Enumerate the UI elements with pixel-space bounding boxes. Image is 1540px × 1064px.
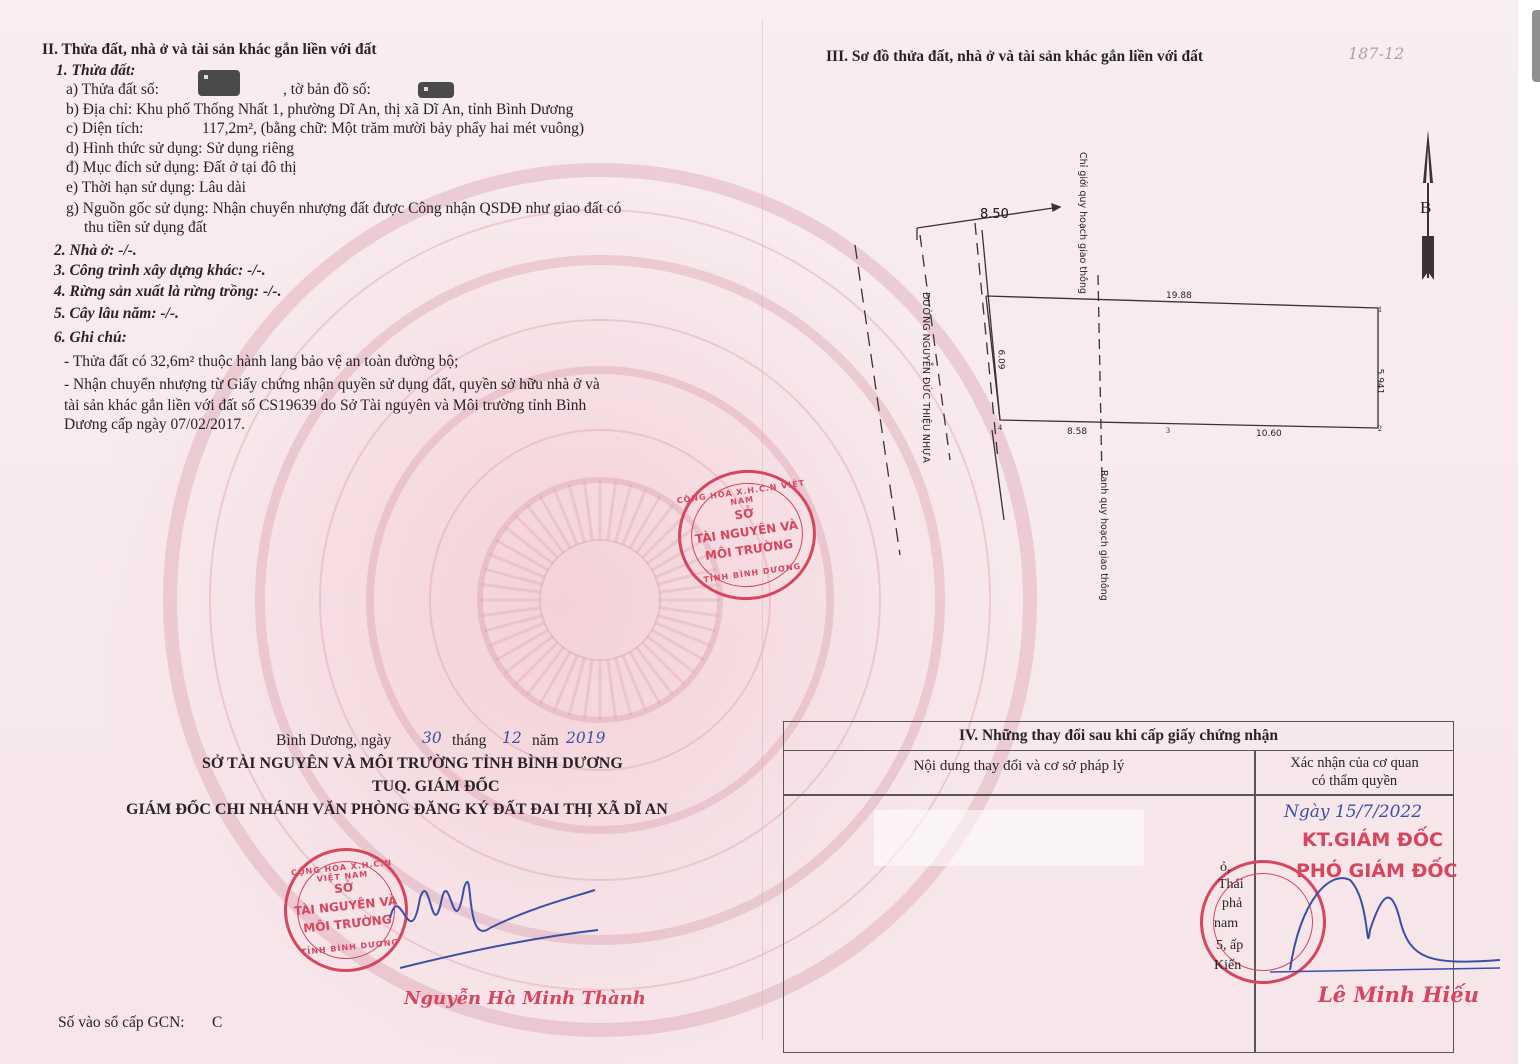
vertex-label: 1 (1378, 300, 1382, 319)
usage-term: e) Thời hạn sử dụng: Lâu dài (66, 178, 246, 197)
note-line: Dương cấp ngày 07/02/2017. (64, 415, 245, 434)
signer-position: GIÁM ĐỐC CHI NHÁNH VĂN PHÒNG ĐĂNG KÝ ĐẤT… (126, 800, 668, 819)
area-value: 117,2m², (bằng chữ: Một trăm mười bảy ph… (202, 119, 584, 138)
vertex-label: 2 (1378, 419, 1382, 438)
confirm-title-1: KT.GIÁM ĐỐC (1302, 829, 1443, 851)
forest-item: 4. Rừng sản xuất là rừng trồng: -/-. (54, 282, 281, 301)
dim-left-edge: 6.09 (991, 349, 1010, 369)
signature-left (380, 858, 600, 998)
note-line: - Thửa đất có 32,6m² thuộc hành lang bảo… (64, 352, 458, 371)
plan-line-label: Ranh quy hoạch giao thông (1094, 470, 1113, 601)
header-divider (784, 794, 1453, 796)
usage-purpose: đ) Mục đích sử dụng: Đất ở tại đô thị (66, 158, 297, 177)
entry-side-text: Kiến (1214, 956, 1241, 975)
page-edge (1518, 0, 1540, 1064)
signature-right (1270, 860, 1500, 980)
column-header-confirm: Xác nhận của cơ quan có thẩm quyền (1256, 754, 1453, 790)
usage-origin-line1: g) Nguồn gốc sử dụng: Nhận chuyển nhượng… (66, 199, 621, 218)
vertex-label: 3 (1166, 421, 1170, 440)
vertex-label: 4 (998, 418, 1002, 437)
entry-side-text: 5, ấp (1216, 936, 1243, 955)
section-iii-title: III. Sơ đồ thửa đất, nhà ở và tài sản kh… (826, 47, 1203, 66)
usage-origin-line2: thu tiền sử dụng đất (84, 218, 207, 237)
note-line: tài sản khác gắn liền với đất số CS19639… (64, 396, 586, 415)
entry-side-text: nam (1214, 914, 1238, 933)
road-name-label: ĐƯỜNG NGUYỄN ĐỨC THIỆU NHỰA (916, 292, 935, 463)
dim-bottom-left: 8.58 (1067, 423, 1087, 442)
issue-month-label: tháng (452, 731, 486, 750)
house-item: 2. Nhà ở: -/-. (54, 241, 137, 260)
gcn-entry-value: C (212, 1013, 222, 1032)
scrollbar-thumb[interactable] (1532, 10, 1540, 82)
dim-right-edge: 5.941 (1369, 369, 1388, 395)
issue-month: 12 (502, 729, 522, 748)
issue-year-label: năm (532, 731, 559, 750)
parcel-number-redacted (198, 70, 240, 96)
issue-date-prefix: Bình Dương, ngày (276, 731, 391, 750)
erased-entry (874, 810, 1144, 866)
parcel-number-label: a) Thửa đất số: (66, 80, 159, 99)
map-sheet-label: , tờ bản đồ số: (283, 80, 371, 99)
other-construction-item: 3. Công trình xây dựng khác: -/-. (54, 261, 266, 280)
section-ii-title: II. Thửa đất, nhà ở và tài sản khác gắn … (42, 40, 377, 59)
on-behalf-label: TUQ. GIÁM ĐỐC (372, 777, 500, 796)
dim-top-edge: 19.88 (1166, 287, 1192, 306)
entry-side-text: Thái (1218, 875, 1244, 894)
map-sheet-redacted (418, 82, 454, 98)
issue-year: 2019 (566, 729, 605, 748)
note-line: - Nhận chuyển nhượng từ Giấy chứng nhận … (64, 375, 600, 394)
confirm-date: Ngày 15/7/2022 (1284, 803, 1422, 822)
issue-day: 30 (422, 729, 442, 748)
dim-bottom-right: 10.60 (1256, 425, 1282, 444)
address: b) Địa chỉ: Khu phố Thống Nhất 1, phường… (66, 100, 573, 119)
plan-boundary-label: Chỉ giới quy hoạch giao thông (1073, 152, 1092, 294)
gcn-entry-label: Số vào sổ cấp GCN: (58, 1013, 185, 1032)
perennial-item: 5. Cây lâu năm: -/-. (54, 304, 179, 323)
area-label: c) Diện tích: (66, 119, 143, 138)
signer-name: Nguyễn Hà Minh Thành (404, 988, 646, 1009)
authority-name: SỞ TÀI NGUYÊN VÀ MÔI TRƯỜNG TỈNH BÌNH DƯ… (202, 754, 623, 773)
usage-form: d) Hình thức sử dụng: Sử dụng riêng (66, 139, 294, 158)
land-heading: 1. Thửa đất: (56, 61, 135, 80)
section-iv-title: IV. Những thay đổi sau khi cấp giấy chứn… (784, 722, 1453, 751)
confirm-signer: Lê Minh Hiếu (1318, 982, 1479, 1007)
notes-heading: 6. Ghi chú: (54, 328, 127, 347)
entry-side-text: phả (1222, 894, 1242, 913)
dim-road-width: 8.50 (980, 205, 1009, 224)
column-header-content: Nội dung thay đổi và cơ sở pháp lý (784, 758, 1254, 775)
corner-handwritten-note: 187-12 (1348, 44, 1404, 63)
